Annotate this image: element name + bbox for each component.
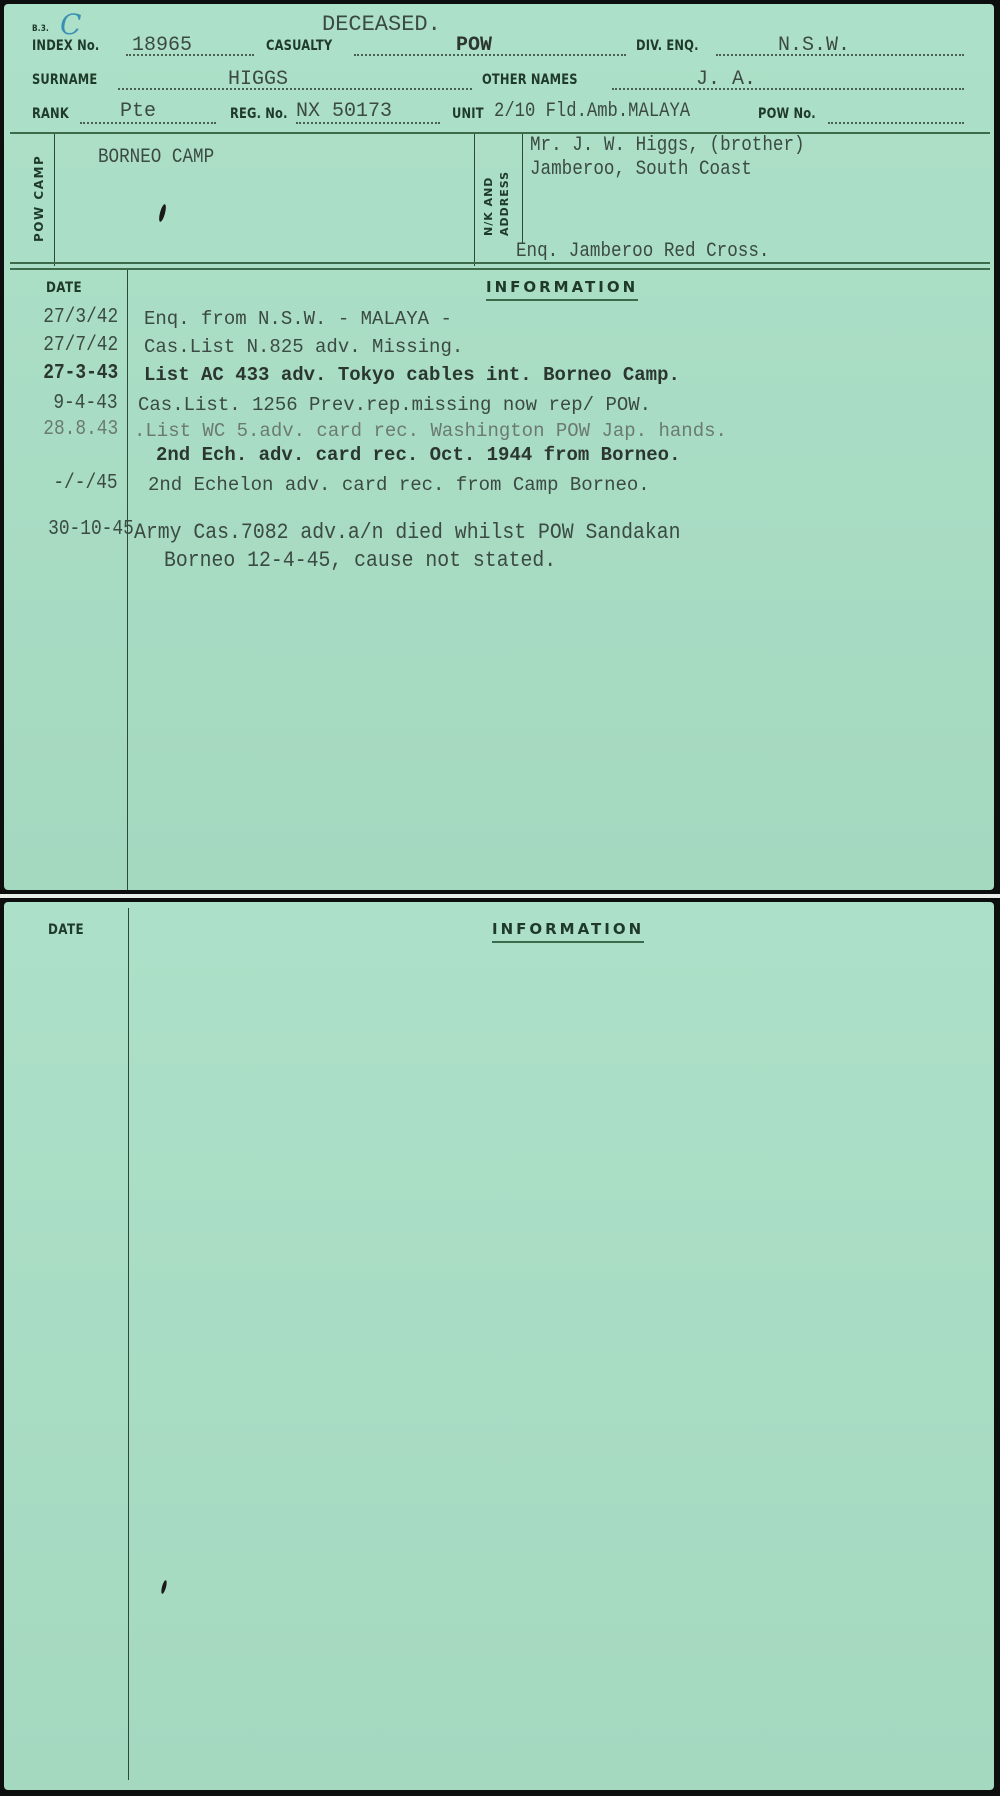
date-header: DATE [48,922,84,938]
table-row: 30-10-45Army Cas.7082 adv.a/n died whils… [4,520,994,546]
table-row: 27/7/42Cas.List N.825 adv. Missing. [4,336,994,362]
record-card-front: B.3. C DECEASED. INDEX No. 18965 CASUALT… [4,4,994,890]
entry-information: .List WC 5.adv. card rec. Washington POW… [134,420,727,442]
entry-information: Army Cas.7082 adv.a/n died whilst POW Sa… [134,520,681,545]
entry-information: List AC 433 adv. Tokyo cables int. Borne… [144,364,680,386]
entry-information: Cas.List N.825 adv. Missing. [144,336,463,358]
ink-blot [160,1580,167,1595]
entry-date: 9-4-43 [54,392,118,415]
entry-information: Cas.List. 1256 Prev.rep.missing now rep/… [138,394,651,416]
card-separator [0,894,1000,898]
entry-date: 30-10-45 [48,518,134,541]
entry-date: 28.8.43 [43,418,118,441]
entry-date: 27-3-43 [43,362,118,385]
table-row: 2nd Ech. adv. card rec. Oct. 1944 from B… [4,444,994,470]
entries-table: 27/3/42Enq. from N.S.W. - MALAYA -27/7/4… [4,4,994,890]
table-row: 27/3/42Enq. from N.S.W. - MALAYA - [4,308,994,334]
entry-date: 27/7/42 [43,334,118,357]
entry-information: Enq. from N.S.W. - MALAYA - [144,308,452,330]
entry-date: 27/3/42 [43,306,118,329]
table-row: Borneo 12-4-45, cause not stated. [4,548,994,574]
entry-information: 2nd Ech. adv. card rec. Oct. 1944 from B… [156,444,681,466]
date-column-divider [128,908,129,1780]
information-header: INFORMATION [492,920,644,943]
record-card-back: DATE INFORMATION [4,902,994,1790]
entry-information: Borneo 12-4-45, cause not stated. [164,548,556,573]
table-row: 28.8.43.List WC 5.adv. card rec. Washing… [4,420,994,446]
table-row: 27-3-43List AC 433 adv. Tokyo cables int… [4,364,994,390]
table-row: -/-/452nd Echelon adv. card rec. from Ca… [4,474,994,500]
table-row: 9-4-43Cas.List. 1256 Prev.rep.missing no… [4,394,994,420]
entry-information: 2nd Echelon adv. card rec. from Camp Bor… [148,474,650,496]
entry-date: -/-/45 [54,472,118,495]
